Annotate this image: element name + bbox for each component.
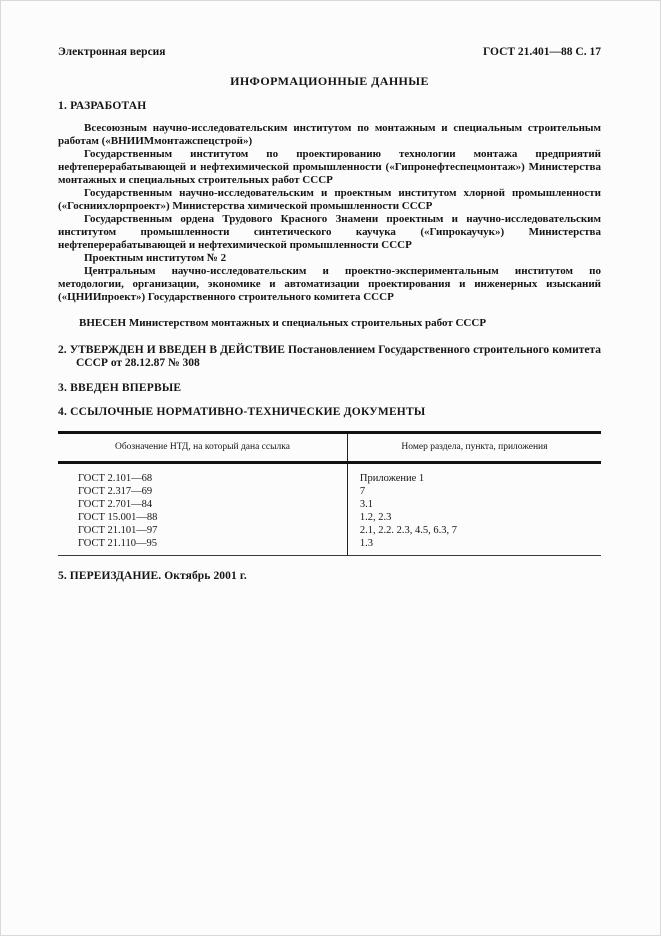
ntd-cell: ГОСТ 15.001—88 (58, 511, 347, 524)
section1-paragraphs: Всесоюзным научно-исследовательским инст… (58, 122, 601, 304)
table-row: ГОСТ 21.110—95 1.3 (58, 537, 601, 556)
section2-label: 2. УТВЕРЖДЕН И ВВЕДЕН В ДЕЙСТВИЕ (58, 344, 285, 356)
table-header-row: Обозначение НТД, на который дана ссылка … (58, 433, 601, 463)
table-row: ГОСТ 2.317—69 7 (58, 485, 601, 498)
section5-heading: 5. ПЕРЕИЗДАНИЕ. Октябрь 2001 г. (58, 570, 601, 583)
table-body: ГОСТ 2.101—68 Приложение 1 ГОСТ 2.317—69… (58, 463, 601, 556)
column-header-sections: Номер раздела, пункта, приложения (347, 433, 601, 463)
page-content: Электронная версия ГОСТ 21.401—88 С. 17 … (58, 1, 601, 583)
ntd-cell: ГОСТ 2.101—68 (58, 463, 347, 486)
table-row: ГОСТ 15.001—88 1.2, 2.3 (58, 511, 601, 524)
developer-paragraph: Государственным научно-исследовательским… (58, 187, 601, 213)
ntd-cell: ГОСТ 21.110—95 (58, 537, 347, 556)
developer-paragraph: Государственным институтом по проектиров… (58, 148, 601, 187)
ntd-cell: ГОСТ 2.317—69 (58, 485, 347, 498)
vnesen-note: ВНЕСЕН Министерством монтажных и специал… (58, 317, 601, 330)
ref-cell: 1.2, 2.3 (347, 511, 601, 524)
reference-documents-table: Обозначение НТД, на который дана ссылка … (58, 431, 601, 556)
developer-paragraph: Проектным институтом № 2 (58, 252, 601, 265)
section4-heading: 4. ССЫЛОЧНЫЕ НОРМАТИВНО-ТЕХНИЧЕСКИЕ ДОКУ… (58, 406, 601, 419)
section3-heading: 3. ВВЕДЕН ВПЕРВЫЕ (58, 382, 601, 395)
ref-cell: 1.3 (347, 537, 601, 556)
ref-cell: 2.1, 2.2. 2.3, 4.5, 6.3, 7 (347, 524, 601, 537)
ref-cell: 3.1 (347, 498, 601, 511)
running-head: Электронная версия ГОСТ 21.401—88 С. 17 (58, 46, 601, 59)
page-title: ИНФОРМАЦИОННЫЕ ДАННЫЕ (58, 75, 601, 88)
table-header: Обозначение НТД, на который дана ссылка … (58, 433, 601, 463)
ref-cell: Приложение 1 (347, 463, 601, 486)
developer-paragraph: Всесоюзным научно-исследовательским инст… (58, 122, 601, 148)
edition-note: Электронная версия (58, 46, 166, 59)
ref-cell: 7 (347, 485, 601, 498)
section2-paragraph: 2. УТВЕРЖДЕН И ВВЕДЕН В ДЕЙСТВИЕ Постано… (58, 344, 601, 370)
ntd-cell: ГОСТ 2.701—84 (58, 498, 347, 511)
table-row: ГОСТ 2.701—84 3.1 (58, 498, 601, 511)
standard-number-page: ГОСТ 21.401—88 С. 17 (483, 46, 601, 59)
section1-heading: 1. РАЗРАБОТАН (58, 100, 601, 113)
document-page: Электронная версия ГОСТ 21.401—88 С. 17 … (0, 0, 661, 936)
developer-paragraph: Государственным ордена Трудового Красног… (58, 213, 601, 252)
developer-paragraph: Центральным научно-исследовательским и п… (58, 265, 601, 304)
column-header-ntd: Обозначение НТД, на который дана ссылка (58, 433, 347, 463)
ntd-cell: ГОСТ 21.101—97 (58, 524, 347, 537)
table-row: ГОСТ 21.101—97 2.1, 2.2. 2.3, 4.5, 6.3, … (58, 524, 601, 537)
table-row: ГОСТ 2.101—68 Приложение 1 (58, 463, 601, 486)
